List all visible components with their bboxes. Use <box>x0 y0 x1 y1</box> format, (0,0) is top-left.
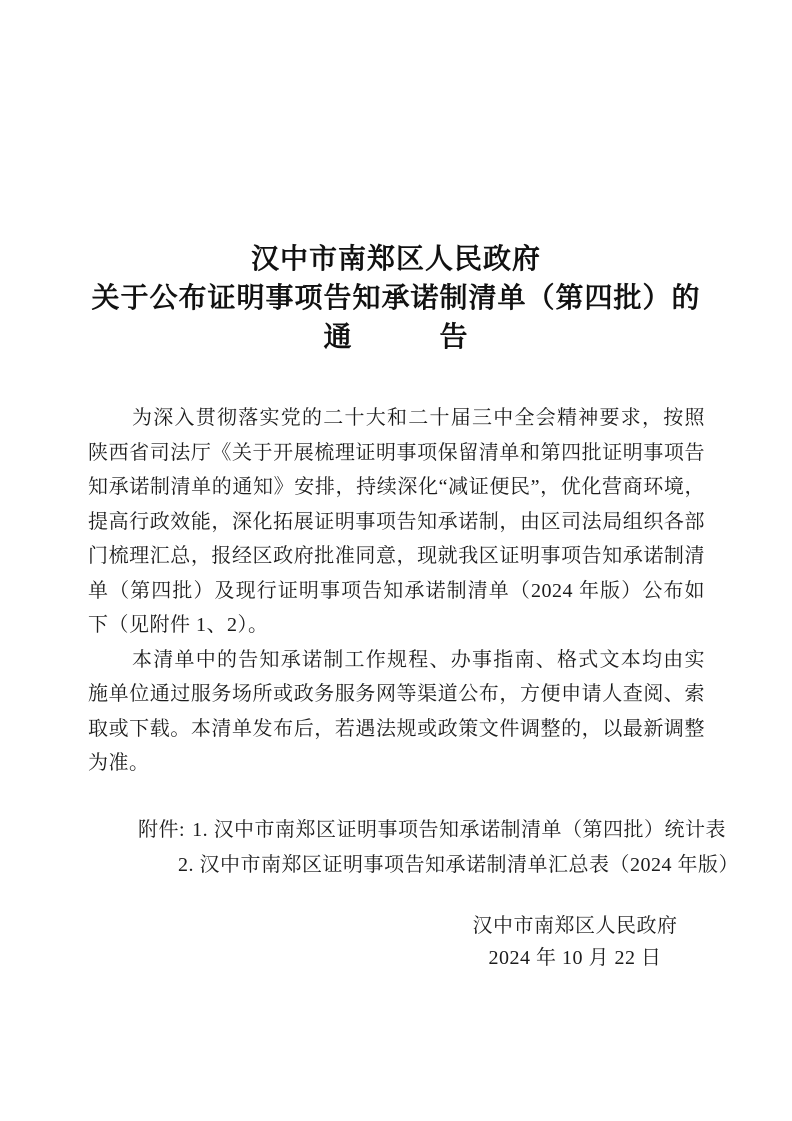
attachments-label: 附件: <box>138 819 185 841</box>
signature-block: 汉中市南郑区人民政府 2024 年 10 月 22 日 <box>455 910 695 974</box>
document-page: 汉中市南郑区人民政府 关于公布证明事项告知承诺制清单（第四批）的 通 告 为深入… <box>0 0 792 1121</box>
title-line-subject: 关于公布证明事项告知承诺制清单（第四批）的 <box>0 278 792 317</box>
signature-date: 2024 年 10 月 22 日 <box>455 942 695 974</box>
body-paragraph-1: 为深入贯彻落实党的二十大和二十届三中全会精神要求，按照陕西省司法厅《关于开展梳理… <box>88 401 705 643</box>
document-title: 汉中市南郑区人民政府 关于公布证明事项告知承诺制清单（第四批）的 通 告 <box>0 0 792 356</box>
attachment-item-1: 1. 汉中市南郑区证明事项告知承诺制清单（第四批）统计表 <box>192 819 726 841</box>
title-line-issuer: 汉中市南郑区人民政府 <box>0 239 792 278</box>
body-paragraph-2: 本清单中的告知承诺制工作规程、办事指南、格式文本均由实施单位通过服务场所或政务服… <box>88 643 705 781</box>
attachment-item-2: 2. 汉中市南郑区证明事项告知承诺制清单汇总表（2024 年版） <box>178 854 739 876</box>
attachments-section: 附件:1. 汉中市南郑区证明事项告知承诺制清单（第四批）统计表 2. 汉中市南郑… <box>88 813 705 883</box>
document-body: 为深入贯彻落实党的二十大和二十届三中全会精神要求，按照陕西省司法厅《关于开展梳理… <box>88 401 705 974</box>
signature-issuer: 汉中市南郑区人民政府 <box>455 910 695 942</box>
attachment-line-2: 2. 汉中市南郑区证明事项告知承诺制清单汇总表（2024 年版） <box>88 848 705 883</box>
title-line-notice-type: 通 告 <box>0 317 792 356</box>
attachment-line-1: 附件:1. 汉中市南郑区证明事项告知承诺制清单（第四批）统计表 <box>88 813 705 848</box>
